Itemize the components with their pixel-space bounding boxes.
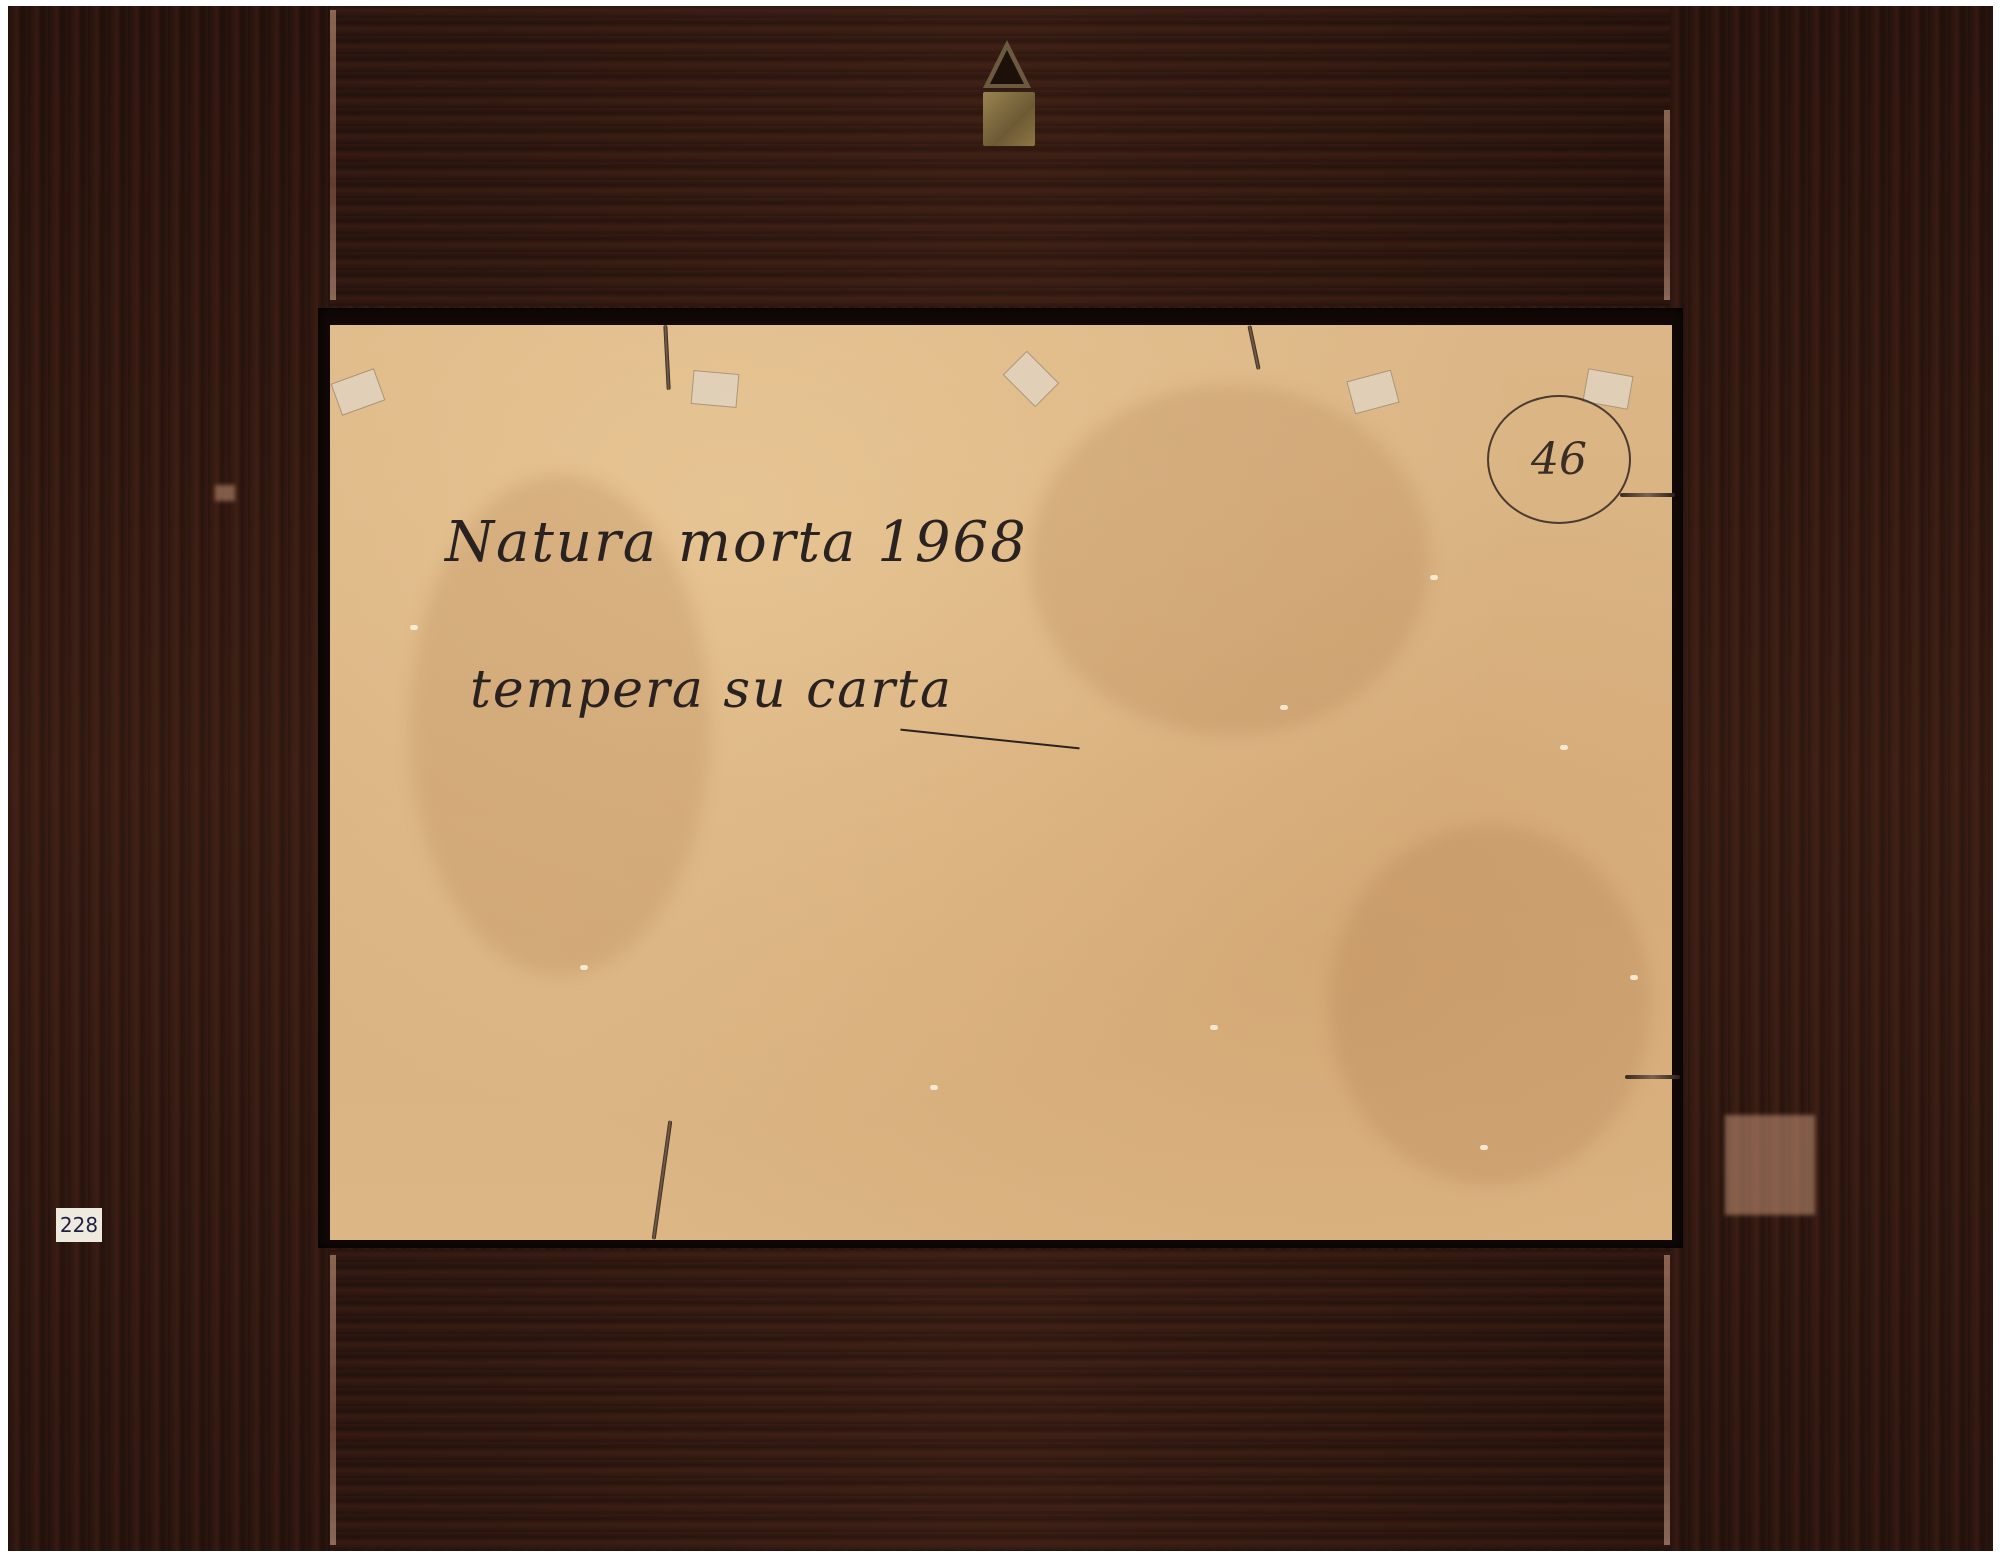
frame-wear-spot [215, 485, 235, 501]
frame-right-stile [1668, 6, 1993, 1551]
circled-number: 46 [1487, 395, 1631, 524]
frame-joint [330, 1255, 336, 1545]
hanger-plate [983, 92, 1035, 146]
paper-fleck [410, 625, 418, 630]
frame-joint [330, 10, 336, 300]
paper-stain [1030, 385, 1430, 735]
paper-fleck [1280, 705, 1288, 710]
frame-bottom-rail [330, 1250, 1670, 1550]
frame-joint [1664, 110, 1670, 300]
paper-fleck [580, 965, 588, 970]
inventory-label: 228 [56, 1208, 102, 1242]
frame-joint [1664, 1255, 1670, 1545]
paper-fleck [1430, 575, 1438, 580]
paper-stain [1330, 825, 1650, 1185]
paper-fleck [1560, 745, 1568, 750]
paper-fleck [1630, 975, 1638, 980]
tape-fragment [691, 370, 740, 408]
paper-backing [330, 325, 1672, 1240]
hanger-ring-inner [990, 50, 1024, 84]
frame-left-stile [8, 6, 333, 1551]
handwritten-title: Natura morta 1968 [445, 510, 1028, 575]
circled-number-text: 46 [1531, 434, 1587, 485]
paper-fleck [930, 1085, 938, 1090]
nail [1620, 493, 1675, 497]
paper-fleck [1480, 1145, 1488, 1150]
handwritten-medium: tempera su carta [470, 660, 953, 720]
photo-canvas: Natura morta 1968 tempera su carta 46 22… [0, 0, 2000, 1559]
paper-fleck [1210, 1025, 1218, 1030]
nail [1625, 1075, 1680, 1079]
frame-wear-spot [1725, 1115, 1815, 1215]
inventory-number: 228 [60, 1213, 98, 1237]
hanger-icon [975, 40, 1039, 150]
